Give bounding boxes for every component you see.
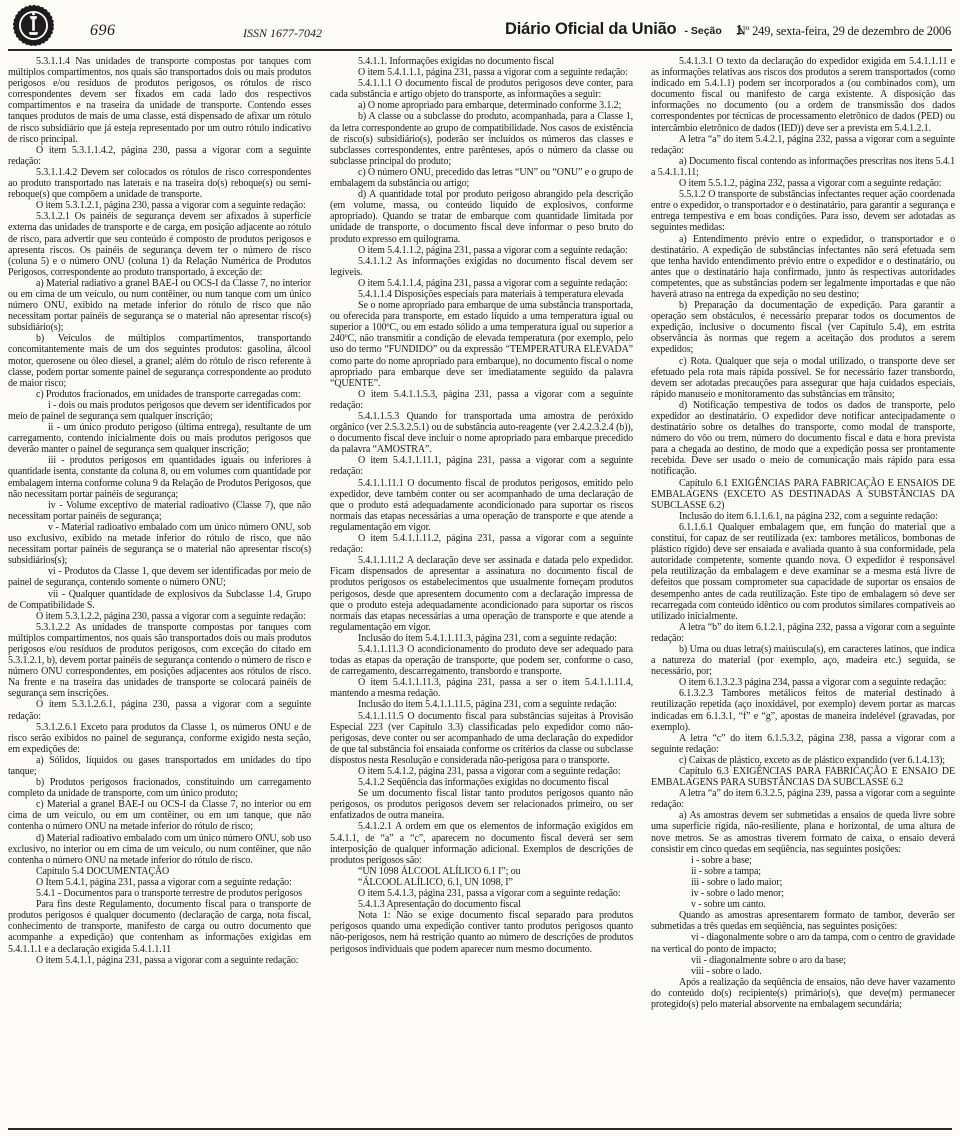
paragraph: 5.4.1.2.1 A ordem em que os elementos de… (330, 821, 633, 865)
paragraph: O item 6.1.3.2.3 página 234, passa a vig… (651, 677, 955, 688)
paragraph: O item 5.4.1.1.2, página 231, passa a vi… (330, 245, 633, 256)
paragraph: iv - Volume exceptivo de material radioa… (8, 500, 311, 522)
paragraph: c) Material a granel BAE-I ou OCS-I da C… (8, 799, 311, 832)
paragraph: O item 5.4.1.1.11.1, página 231, passa a… (330, 455, 633, 477)
paragraph: a) As amostras devem ser submetidas a en… (651, 810, 955, 854)
paragraph: 5.4.1.1.11.1 O documento fiscal de produ… (330, 478, 633, 533)
paragraph: b) A classe ou a subclasse do produto, a… (330, 111, 633, 166)
paragraph: a) Entendimento prévio entre o expedidor… (651, 234, 955, 301)
page-header: 696 ISSN 1677-7042 Diário Oficial da Uni… (0, 0, 960, 50)
paragraph: O item 5.4.1.3, página 231, passa a vigo… (330, 888, 633, 899)
paragraph: b) Produtos perigosos fracionados, const… (8, 777, 311, 799)
paragraph: 5.4.1.1.11.2 A declaração deve ser assin… (330, 555, 633, 633)
paragraph: “UN 1098 ÁLCOOL ALÍLICO 6.1 I”; ou (330, 866, 633, 877)
paragraph: b) Veículos de múltiplos compartimentos,… (8, 333, 311, 388)
paragraph: Para fins deste Regulamento, documento f… (8, 899, 311, 954)
page-number: 696 (90, 22, 116, 40)
paragraph: A letra “c” do item 6.1.5.3.2, página 23… (651, 733, 955, 755)
paragraph: 5.4.1.1.11.5 O documento fiscal para sub… (330, 711, 633, 766)
paragraph: O item 5.4.1.1.5.3, página 231, passa a … (330, 389, 633, 411)
paragraph: O item 5.4.1.2, página 231, passa a vigo… (330, 766, 633, 777)
paragraph: A letra “a” do item 5.4.2.1, página 232,… (651, 134, 955, 156)
paragraph: Se um documento fiscal listar tanto prod… (330, 788, 633, 821)
footer-rule (8, 1128, 952, 1130)
paragraph: vi - Produtos da Classe 1, que devem ser… (8, 566, 311, 588)
paragraph: Capítulo 5.4 DOCUMENTAÇÃO (8, 866, 311, 877)
paragraph: i - dois ou mais produtos perigosos que … (8, 400, 311, 422)
paragraph: A letra “a” do item 6.3.2.5, página 239,… (651, 788, 955, 810)
paragraph: 5.3.1.1.4 Nas unidades de transporte com… (8, 56, 311, 145)
paragraph: 5.4.1.1.1 O documento fiscal de produtos… (330, 78, 633, 100)
paragraph: 5.3.1.2.6.1 Exceto para produtos da Clas… (8, 722, 311, 755)
edition-info: Nº 249, sexta-feira, 29 de dezembro de 2… (737, 24, 951, 39)
paragraph: iii - produtos perigosos em quantidades … (8, 455, 311, 499)
section-label: - Seção (684, 25, 721, 37)
paragraph: b) Uma ou duas letra(s) maiúscula(s), em… (651, 644, 955, 677)
paragraph: iii - sobre o lado maior; (651, 877, 955, 888)
paragraph: O item 5.4.1.1.11.2, página 231, passa a… (330, 533, 633, 555)
paragraph: O item 5.4.1.1.11.3, página 231, passa a… (330, 677, 633, 699)
paragraph: Inclusão do item 5.4.1.1.11.5, página 23… (330, 699, 633, 710)
paragraph: O item 5.4.1.1.4, página 231, passa a vi… (330, 278, 633, 289)
paragraph: v - sobre um canto. (651, 899, 955, 910)
paragraph: b) Preparação da documentação de expediç… (651, 300, 955, 355)
paragraph: Capítulo 6.1 EXIGÊNCIAS PARA FABRICAÇÃO … (651, 478, 955, 511)
paragraph: d) Material radioativo embalado com um ú… (8, 833, 311, 866)
paragraph: Nota 1: Não se exige documento fiscal se… (330, 910, 633, 954)
paragraph: Se o nome apropriado para embarque de um… (330, 300, 633, 389)
paragraph: Inclusão do item 5.4.1.1.11.3, página 23… (330, 633, 633, 644)
paragraph: vi - diagonalmente sobre o aro da tampa,… (651, 932, 955, 954)
gazette-page: 696 ISSN 1677-7042 Diário Oficial da Uni… (0, 0, 960, 1136)
paragraph: O item 5.4.1.1, página 231, passa a vigo… (8, 955, 311, 966)
paragraph: Quando as amostras apresentarem formato … (651, 910, 955, 932)
paragraph: d) A quantidade total por produto perigo… (330, 189, 633, 244)
paragraph: 5.4.1.1.5.3 Quando for transportada uma … (330, 411, 633, 455)
paragraph: 5.3.1.2.2 As unidades de transporte comp… (8, 622, 311, 700)
paragraph: “ÁLCOOL ALÍLICO, 6.1, UN 1098, I” (330, 877, 633, 888)
paragraph: a) Material radiativo a granel BAE-I ou … (8, 278, 311, 333)
paragraph: a) Sólidos, líquidos ou gases transporta… (8, 755, 311, 777)
paragraph: a) O nome apropriado para embarque, dete… (330, 100, 633, 111)
imprensa-nacional-seal-icon (11, 3, 56, 48)
paragraph: O item 5.3.1.2.6.1, página 230, passa a … (8, 699, 311, 721)
paragraph: ii - um único produto perigoso (última e… (8, 422, 311, 455)
paragraph: O item 5.3.1.2.2, página 230, passa a vi… (8, 611, 311, 622)
paragraph: 6.1.1.6.1 Qualquer embalagem que, em fun… (651, 522, 955, 622)
paragraph: c) O número ONU, precedido das letras “U… (330, 167, 633, 189)
text-column-2: 5.4.1.1. Informações exigidas no documen… (330, 56, 633, 1126)
issn-label: ISSN 1677-7042 (243, 26, 322, 41)
paragraph: 5.5.1.2 O transporte de substâncias infe… (651, 189, 955, 233)
paragraph: c) Caixas de plástico, exceto as de plás… (651, 755, 955, 766)
paragraph: vii - diagonalmente sobre o aro da base; (651, 955, 955, 966)
paragraph: ii - sobre a tampa; (651, 866, 955, 877)
paragraph: viii - sobre o lado. (651, 966, 955, 977)
paragraph: v - Material radioativo embalado com um … (8, 522, 311, 566)
paragraph: 5.4.1.3.1 O texto da declaração do exped… (651, 56, 955, 134)
paragraph: Inclusão do item 6.1.1.6.1, na página 23… (651, 511, 955, 522)
paragraph: 5.4.1.1. Informações exigidas no documen… (330, 56, 633, 67)
paragraph: Após a realização da seqüência de ensaio… (651, 977, 955, 1010)
paragraph: O Item 5.4.1, página 231, passa a vigora… (8, 877, 311, 888)
paragraph: d) Notificação tempestiva de todos os da… (651, 400, 955, 478)
paragraph: c) Produtos fracionados, em unidades de … (8, 389, 311, 400)
paragraph: Capítulo 6.3 EXIGÊNCIAS PARA FABRICAÇÃO … (651, 766, 955, 788)
paragraph: 5.4.1.2 Seqüência das informações exigid… (330, 777, 633, 788)
paragraph: O item 5.3.1.1.4.2, página 230, passa a … (8, 145, 311, 167)
paragraph: 5.4.1.1.11.3 O acondicionamento do produ… (330, 644, 633, 677)
paragraph: 6.1.3.2.3 Tambores metálicos feitos de m… (651, 688, 955, 732)
gazette-title: Diário Oficial da União (505, 20, 676, 38)
paragraph: O item 5.4.1.1.1, página 231, passa a vi… (330, 67, 633, 78)
paragraph: O item 5.3.1.2.1, página 230, passa a vi… (8, 200, 311, 211)
paragraph: iv - sobre o lado menor; (651, 888, 955, 899)
paragraph: 5.4.1.1.4 Disposições especiais para mat… (330, 289, 633, 300)
paragraph: A letra “b” do item 6.1.2.1, página 232,… (651, 622, 955, 644)
paragraph: 5.4.1.3 Apresentação do documento fiscal (330, 899, 633, 910)
paragraph: 5.4.1.1.2 As informações exigidas no doc… (330, 256, 633, 278)
paragraph: vii - Qualquer quantidade de explosivos … (8, 589, 311, 611)
paragraph: 5.3.1.2.1 Os painéis de segurança devem … (8, 211, 311, 278)
paragraph: 5.3.1.1.4.2 Devem ser colocados os rótul… (8, 167, 311, 200)
text-column-3: 5.4.1.3.1 O texto da declaração do exped… (651, 56, 955, 1126)
masthead: Diário Oficial da União - Seção 1 (505, 20, 743, 39)
text-column-1: 5.3.1.1.4 Nas unidades de transporte com… (8, 56, 311, 1126)
paragraph: i - sobre a base; (651, 855, 955, 866)
paragraph: a) Documento fiscal contendo as informaç… (651, 156, 955, 178)
paragraph: O item 5.5.1.2, página 232, passa a vigo… (651, 178, 955, 189)
paragraph: c) Rota. Qualquer que seja o modal utili… (651, 356, 955, 400)
header-rule (8, 49, 952, 51)
paragraph: 5.4.1 - Documentos para o transporte ter… (8, 888, 311, 899)
